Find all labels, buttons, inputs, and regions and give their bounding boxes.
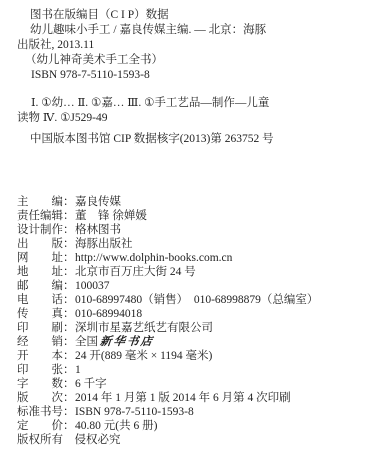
colophon-value: 全国 xyxy=(75,336,98,348)
colophon-label: 标准书号： xyxy=(17,405,75,419)
colophon-value: 董 锋 徐婵媛 xyxy=(75,210,147,222)
colophon-value: 2014 年 1 月第 1 版 2014 年 6 月第 4 次印刷 xyxy=(75,392,291,404)
colophon-row: 印 刷：深圳市星嘉艺纸艺有限公司 xyxy=(17,321,369,335)
colophon-value: 40.80 元(共 6 册) xyxy=(75,420,157,432)
colophon-row: 邮 编：100037 xyxy=(17,279,369,293)
cip-book-line2: 出版社, 2013.11 xyxy=(17,38,369,53)
colophon-label: 主 编： xyxy=(17,195,75,209)
colophon-label: 字 数： xyxy=(17,377,75,391)
colophon-value: 24 开(889 毫米 × 1194 毫米) xyxy=(75,350,212,362)
colophon-label: 开 本： xyxy=(17,349,75,363)
cip-block: 图书在版编目（C I P）数据 幼儿趣味小手工 / 嘉良传媒主编. — 北京：海… xyxy=(17,8,369,147)
colophon-row: 传 真：010-68994018 xyxy=(17,307,369,321)
cip-classification-line2: 读物 Ⅳ. ①J529-49 xyxy=(17,111,369,126)
cip-series-title: （幼儿神奇美术手工全书） xyxy=(25,53,369,68)
colophon-value: http://www.dolphin-books.com.cn xyxy=(75,252,232,264)
colophon-script-value: 新华书店 xyxy=(99,335,154,349)
colophon-row: 出 版：海豚出版社 xyxy=(17,237,369,251)
colophon-label: 经 销： xyxy=(17,335,75,349)
colophon-block: 主 编：嘉良传媒责任编辑：董 锋 徐婵媛设计制作：格林图书出 版：海豚出版社网 … xyxy=(17,195,369,433)
colophon-row: 网 址：http://www.dolphin-books.com.cn xyxy=(17,251,369,265)
cip-title: 图书在版编目（C I P）数据 xyxy=(30,8,369,23)
colophon-value: 海豚出版社 xyxy=(75,238,133,250)
colophon-label: 出 版： xyxy=(17,237,75,251)
copyright-notice: 版权所有 侵权必究 xyxy=(17,433,369,447)
cip-isbn: ISBN 978-7-5110-1593-8 xyxy=(31,68,369,83)
colophon-label: 地 址： xyxy=(17,265,75,279)
book-copyright-page: 图书在版编目（C I P）数据 幼儿趣味小手工 / 嘉良传媒主编. — 北京：海… xyxy=(0,0,375,450)
colophon-value: 格林图书 xyxy=(75,224,121,236)
colophon-label: 电 话： xyxy=(17,293,75,307)
colophon-row: 责任编辑：董 锋 徐婵媛 xyxy=(17,209,369,223)
colophon-value: 北京市百万庄大街 24 号 xyxy=(75,266,196,278)
colophon-value: 深圳市星嘉艺纸艺有限公司 xyxy=(75,322,213,334)
colophon-row: 字 数：6 千字 xyxy=(17,377,369,391)
colophon-label: 邮 编： xyxy=(17,279,75,293)
colophon-row: 开 本：24 开(889 毫米 × 1194 毫米) xyxy=(17,349,369,363)
colophon-row: 标准书号：ISBN 978-7-5110-1593-8 xyxy=(17,405,369,419)
colophon-value: 1 xyxy=(75,364,81,376)
colophon-label: 传 真： xyxy=(17,307,75,321)
colophon-label: 定 价： xyxy=(17,419,75,433)
colophon-label: 设计制作： xyxy=(17,223,75,237)
colophon-value: 6 千字 xyxy=(75,378,107,390)
colophon-label: 责任编辑： xyxy=(17,209,75,223)
cip-classification-line1: Ⅰ. ①幼… Ⅱ. ①嘉… Ⅲ. ①手工艺品—制作—儿童 xyxy=(31,96,369,111)
colophon-row: 印 张：1 xyxy=(17,363,369,377)
colophon-row: 经 销：全国新华书店 xyxy=(17,335,369,349)
colophon-row: 设计制作：格林图书 xyxy=(17,223,369,237)
colophon-label: 印 张： xyxy=(17,363,75,377)
colophon-value: 010-68997480（销售） 010-68998879（总编室） xyxy=(75,294,318,306)
colophon-label: 版 次： xyxy=(17,391,75,405)
colophon-value: 100037 xyxy=(75,280,110,292)
colophon-row: 地 址：北京市百万庄大街 24 号 xyxy=(17,265,369,279)
cip-book-line1: 幼儿趣味小手工 / 嘉良传媒主编. — 北京：海豚 xyxy=(30,23,369,38)
colophon-label: 印 刷： xyxy=(17,321,75,335)
colophon-label: 网 址： xyxy=(17,251,75,265)
colophon-row: 定 价：40.80 元(共 6 册) xyxy=(17,419,369,433)
colophon-row: 主 编：嘉良传媒 xyxy=(17,195,369,209)
colophon-row: 电 话：010-68997480（销售） 010-68998879（总编室） xyxy=(17,293,369,307)
cip-record-number: 中国版本图书馆 CIP 数据核字(2013)第 263752 号 xyxy=(30,132,369,147)
colophon-row: 版 次：2014 年 1 月第 1 版 2014 年 6 月第 4 次印刷 xyxy=(17,391,369,405)
colophon-value: 010-68994018 xyxy=(75,308,142,320)
colophon-value: 嘉良传媒 xyxy=(75,196,121,208)
colophon-value: ISBN 978-7-5110-1593-8 xyxy=(75,406,194,418)
